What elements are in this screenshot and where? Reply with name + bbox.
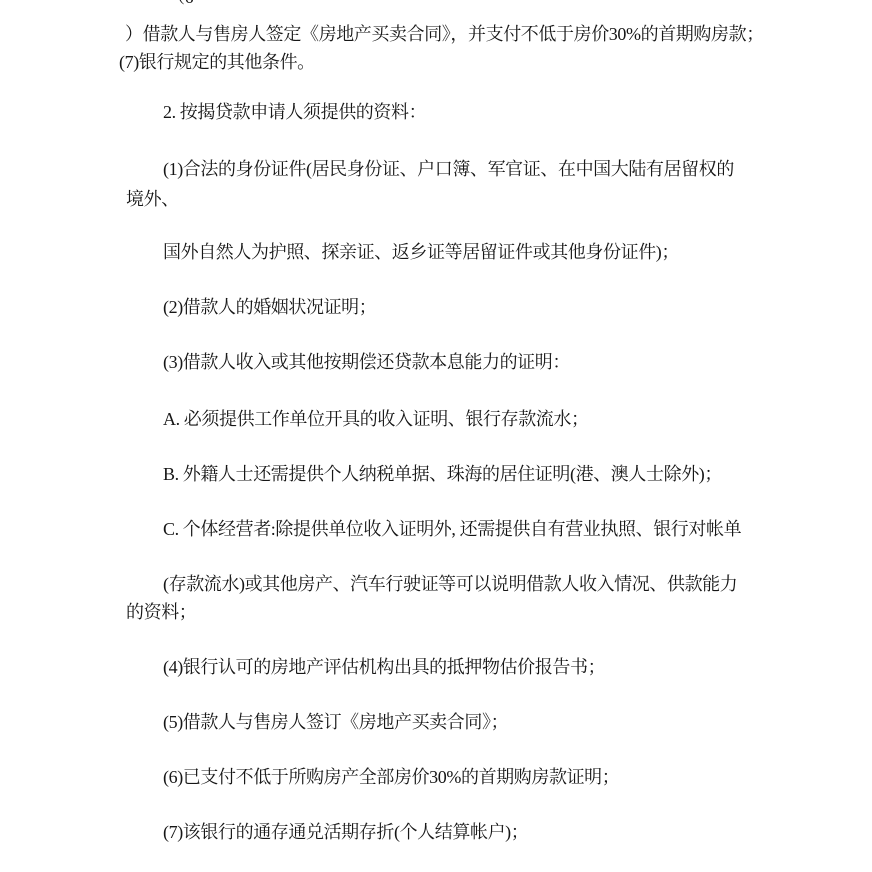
clipped-previous-line: （6 [167, 0, 193, 8]
item-3-subitem-b: B. 外籍人士还需提供个人纳税单据、珠海的居住证明(港、澳人士除外)； [163, 463, 722, 485]
item-5-sales-contract: (5)借款人与售房人签订《房地产买卖合同》； [163, 711, 508, 733]
item-3-subitem-a: A. 必须提供工作单位开具的收入证明、银行存款流水； [163, 408, 589, 430]
clause-6-continuation-line: ）借款人与售房人签定《房地产买卖合同》，并支付不低于房价30%的首期购房款； [125, 23, 764, 45]
item-1-identity-documents-line1: (1)合法的身份证件(居民身份证、户口簿、军官证、在中国大陆有居留权的 [163, 158, 734, 180]
item-6-down-payment-proof: (6)已支付不低于所购房产全部房价30%的首期购房款证明； [163, 766, 619, 788]
item-3-income-proof-heading: (3)借款人收入或其他按期偿还贷款本息能力的证明： [163, 351, 570, 373]
clause-7-other-conditions: (7)银行规定的其他条件。 [119, 51, 315, 73]
section-2-heading: 2. 按揭贷款申请人须提供的资料： [163, 101, 426, 123]
item-1-identity-documents-line3: 国外自然人为护照、探亲证、返乡证等居留证件或其他身份证件)； [163, 241, 679, 263]
item-3-subitem-c-line3: 的资料； [126, 601, 196, 623]
document-page: （6 ）借款人与售房人签定《房地产买卖合同》，并支付不低于房价30%的首期购房款… [0, 0, 872, 872]
item-3-subitem-c-line2: (存款流水)或其他房产、汽车行驶证等可以说明借款人收入情况、供款能力 [163, 573, 737, 595]
item-3-subitem-c-line1: C. 个体经营者:除提供单位收入证明外, 还需提供自有营业执照、银行对帐单 [163, 518, 741, 540]
item-2-marital-status: (2)借款人的婚姻状况证明； [163, 296, 376, 318]
item-1-identity-documents-line2: 境外、 [126, 188, 179, 210]
item-4-appraisal-report: (4)银行认可的房地产评估机构出具的抵押物估价报告书； [163, 656, 605, 678]
item-7-passbook-account: (7)该银行的通存通兑活期存折(个人结算帐户)； [163, 821, 528, 843]
